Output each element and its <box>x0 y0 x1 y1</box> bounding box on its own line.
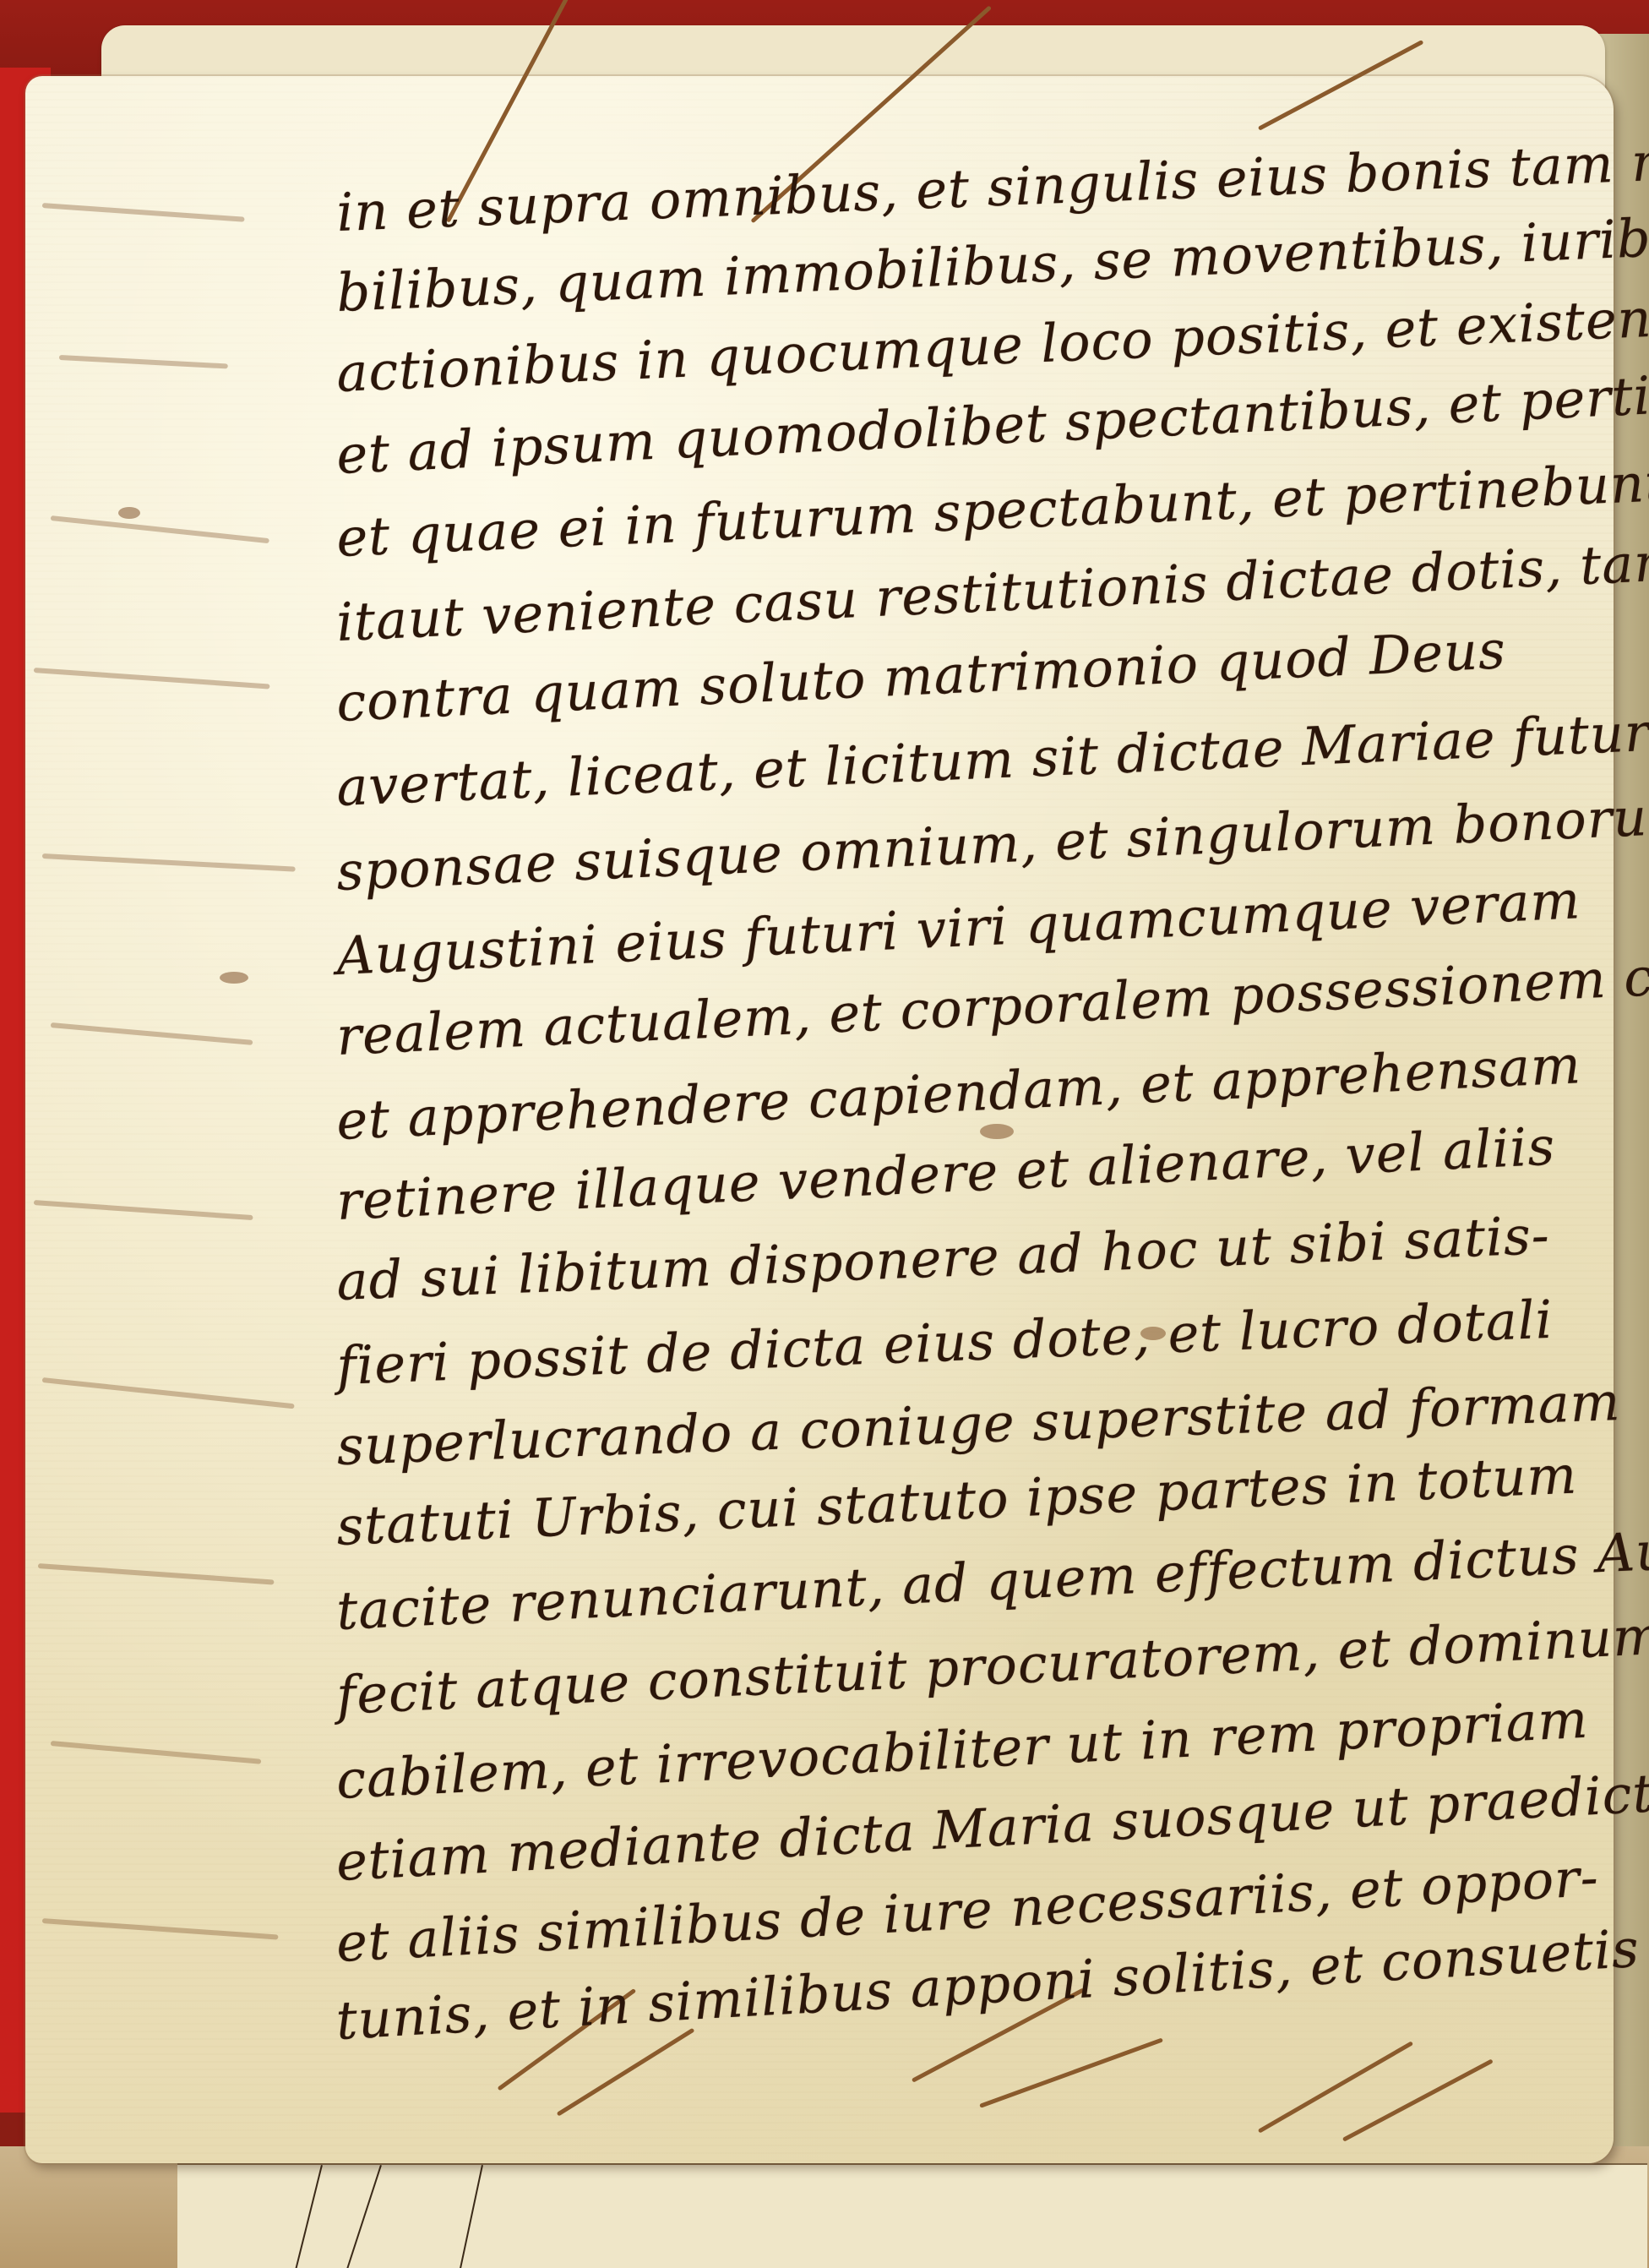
ink-spot <box>980 1124 1014 1139</box>
ink-bleed <box>51 1022 253 1045</box>
underlying-ink-stroke <box>295 2165 323 2268</box>
ink-bleed <box>42 853 296 872</box>
closing-stroke <box>1258 2041 1413 2133</box>
closing-stroke <box>557 2028 695 2117</box>
underlying-ink-stroke <box>346 2165 382 2268</box>
ink-bleed <box>34 668 270 690</box>
ink-spot <box>118 507 140 519</box>
ink-bleed <box>42 1918 279 1940</box>
ink-bleed <box>51 1741 262 1764</box>
underlying-ink-stroke <box>459 2165 483 2268</box>
ink-bleed <box>38 1563 275 1585</box>
ink-bleed <box>34 1200 253 1220</box>
closing-stroke <box>979 2037 1163 2107</box>
ink-bleed <box>59 355 228 368</box>
underlying-page <box>177 2163 1647 2268</box>
ink-bleed <box>42 203 245 222</box>
ink-bleed <box>42 1377 295 1409</box>
ink-bleed <box>51 515 269 543</box>
ink-spot <box>220 972 248 984</box>
